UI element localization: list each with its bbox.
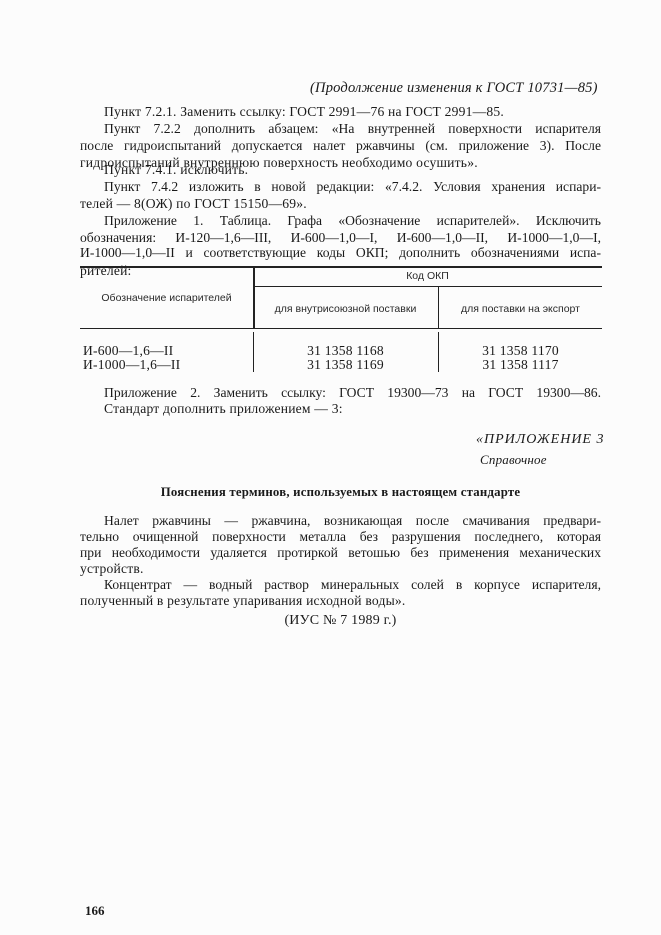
appendix1-line3: И-1000—1,0—II и соответствующие коды ОКП… <box>80 245 601 261</box>
paragraph-7-2-2-line1: Пункт 7.2.2 дополнить абзацем: «На внутр… <box>104 121 601 137</box>
table-header-rule <box>80 328 602 329</box>
table-col3-header: для поставки на экспорт <box>439 303 602 315</box>
table-group-rule <box>253 286 602 287</box>
appendix3-subtitle: Справочное <box>480 452 547 468</box>
table-row-2-export: 31 1358 1117 <box>439 357 602 373</box>
source-reference: (ИУС № 7 1989 г.) <box>80 613 601 629</box>
appendix3-title: «ПРИЛОЖЕНИЕ 3 <box>476 432 604 448</box>
table-top-rule <box>80 266 602 268</box>
appendix1-line2: обозначения: И-120—1,6—III, И-600—1,0—I,… <box>80 230 601 246</box>
appendix2-reference: Приложение 2. Заменить ссылку: ГОСТ 1930… <box>104 385 601 401</box>
term1-line2: тельно очищенной поверхности металла без… <box>80 529 601 545</box>
table-col1-header: Обозначение испарителей <box>80 292 253 304</box>
term1-line4: устройств. <box>80 561 144 577</box>
table-row-2-designation: И-1000—1,6—II <box>83 357 180 373</box>
term2-line2: полученный в результате упаривания исход… <box>80 593 406 609</box>
term1-line1: Налет ржавчины — ржавчина, возникающая п… <box>104 513 601 529</box>
paragraph-7-2-2-line2: после гидроиспытаний допускается налет р… <box>80 138 601 154</box>
table-group-header: Код ОКП <box>253 270 602 282</box>
standard-addition: Стандарт дополнить приложением — 3: <box>104 401 343 417</box>
paragraph-7-2-1: Пункт 7.2.1. Заменить ссылку: ГОСТ 2991—… <box>104 104 504 120</box>
paragraph-7-4-2-line1: Пункт 7.4.2 изложить в новой редакции: «… <box>104 179 601 195</box>
appendix3-heading: Пояснения терминов, используемых в насто… <box>80 485 601 500</box>
paragraph-7-4-2-line2: телей — 8(ОЖ) по ГОСТ 15150—69». <box>80 196 307 212</box>
table-row-2-domestic: 31 1358 1169 <box>253 357 438 373</box>
continuation-header: (Продолжение изменения к ГОСТ 10731—85) <box>310 80 598 97</box>
term1-line3: при необходимости удаляется протиркой ве… <box>80 545 601 561</box>
term2-line1: Концентрат — водный раствор минеральных … <box>104 577 601 593</box>
appendix1-line1: Приложение 1. Таблица. Графа «Обозначени… <box>104 213 601 229</box>
paragraph-7-4-1: Пункт 7.4.1. исключить. <box>104 162 248 178</box>
table-col2-header: для внутрисоюзной поставки <box>253 303 438 315</box>
page-number: 166 <box>85 903 105 919</box>
